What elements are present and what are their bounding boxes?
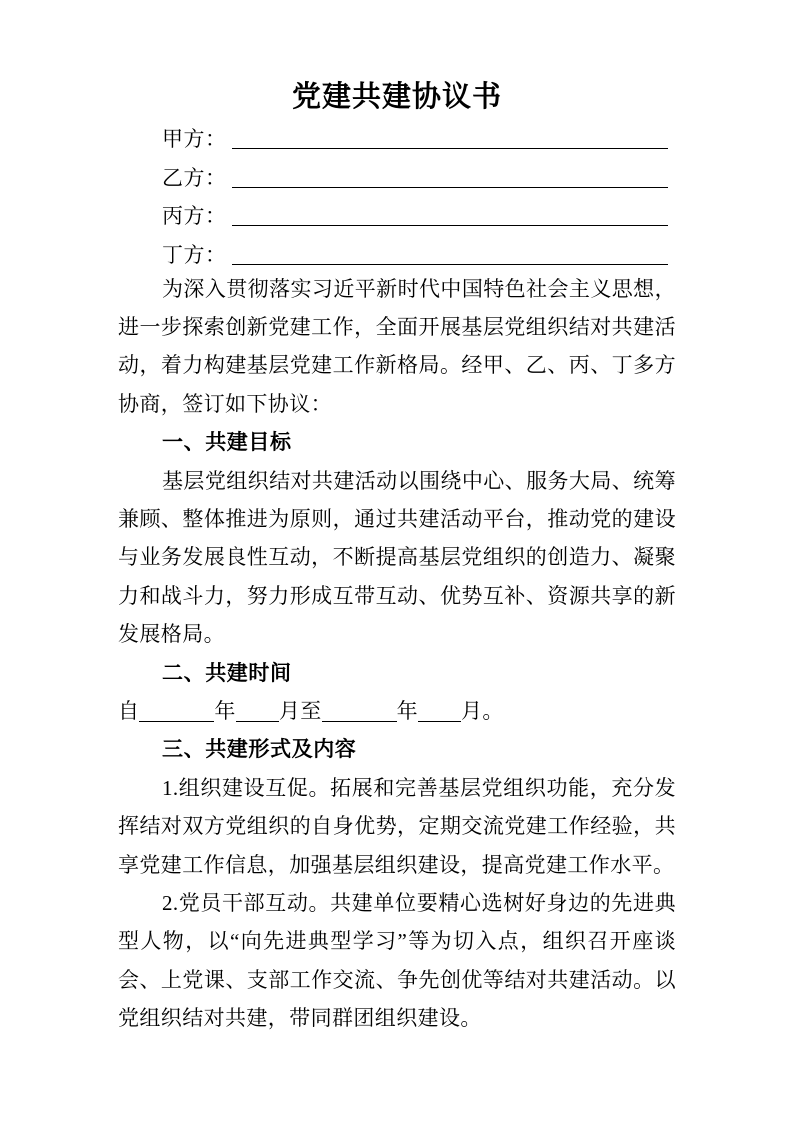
cadre-interaction-paragraph: 2.党员干部互动。共建单位要精心选树好身边的先进典型人物，以“向先进典型学习”等… <box>118 884 676 1038</box>
party-label-yi: 乙方： <box>162 163 227 193</box>
end-month-fill-line[interactable] <box>418 720 461 722</box>
party-fill-line-ding[interactable] <box>232 263 668 265</box>
document-page: 党建共建协议书 甲方： 乙方： 丙方： 丁方： 为深入贯彻落实习近平新时代中国特… <box>0 0 794 1122</box>
section-heading-time: 二、共建时间 <box>118 654 676 692</box>
goal-paragraph: 基层党组织结对共建活动以围绕中心、服务大局、统筹兼顾、整体推进为原则，通过共建活… <box>118 462 676 654</box>
org-building-paragraph: 1.组织建设互促。拓展和完善基层党组织功能，充分发挥结对双方党组织的自身优势，定… <box>118 769 676 884</box>
time-fill-line: 自年月至年月。 <box>118 692 676 730</box>
party-label-jia: 甲方： <box>162 124 227 154</box>
time-seg-month-to: 月至 <box>279 699 322 723</box>
time-seg-year2: 年 <box>397 699 418 723</box>
party-row-jia: 甲方： <box>118 116 676 154</box>
party-row-ding: 丁方： <box>118 231 676 269</box>
time-seg-month-end: 月。 <box>461 699 504 723</box>
party-fill-line-bing[interactable] <box>232 224 668 226</box>
start-month-fill-line[interactable] <box>236 720 279 722</box>
section-heading-goal: 一、共建目标 <box>118 423 676 461</box>
section-heading-form: 三、共建形式及内容 <box>118 730 676 768</box>
party-label-bing: 丙方： <box>162 201 227 231</box>
party-row-yi: 乙方： <box>118 154 676 192</box>
time-seg-from: 自 <box>118 699 139 723</box>
party-row-bing: 丙方： <box>118 193 676 231</box>
document-title: 党建共建协议书 <box>118 76 676 116</box>
party-fill-line-jia[interactable] <box>232 147 668 149</box>
party-fill-line-yi[interactable] <box>232 186 668 188</box>
end-year-fill-line[interactable] <box>322 720 397 722</box>
intro-paragraph: 为深入贯彻落实习近平新时代中国特色社会主义思想，进一步探索创新党建工作，全面开展… <box>118 270 676 424</box>
time-seg-year1: 年 <box>214 699 235 723</box>
party-label-ding: 丁方： <box>162 240 227 270</box>
start-year-fill-line[interactable] <box>139 720 214 722</box>
